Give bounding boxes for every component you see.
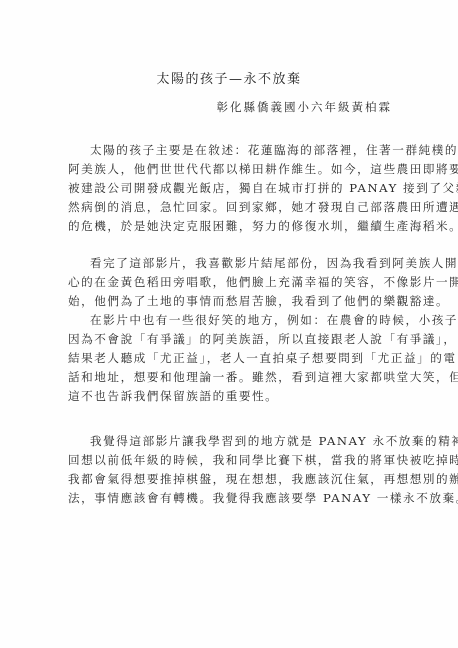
text-line: 被建設公司開發成觀光飯店，獨自在城市打拼的 PANAY 接到了父親突: [68, 179, 393, 198]
text-line: 在影片中也有一些很好笑的地方，例如：在農會的時候，小孩子: [68, 311, 393, 330]
text-line: 話和地址，想要和他理論一番。雖然，看到這裡大家都哄堂大笑，但: [68, 368, 393, 387]
text-line: 始，他們為了土地的事情而愁眉苦臉，我看到了他們的樂觀豁達。: [68, 292, 393, 311]
text-line: 結果老人聽成「尤正益」，老人一直拍桌子想要問到「尤正益」的電: [68, 349, 393, 368]
document-title: 太陽的孩子—永不放棄: [0, 68, 458, 87]
text-line: 的危機，於是她決定克服困難，努力的修復水圳，繼續生產海稻米。: [68, 217, 393, 236]
paragraph-1: 太陽的孩子主要是在敘述：花蓮臨海的部落裡，住著一群純樸的 阿美族人，他們世世代代…: [68, 141, 393, 236]
paragraph-3: 在影片中也有一些很好笑的地方，例如：在農會的時候，小孩子 因為不會說「有爭議」的…: [68, 311, 393, 406]
text-line: 我都會氣得想要推掉棋盤，現在想想，我應該沉住氣，再想想別的辦: [68, 470, 393, 489]
document-page: 太陽的孩子—永不放棄 彰化縣僑義國小六年級黃柏霖 太陽的孩子主要是在敘述：花蓮臨…: [0, 0, 458, 648]
document-body: 太陽的孩子主要是在敘述：花蓮臨海的部落裡，住著一群純樸的 阿美族人，他們世世代代…: [68, 141, 393, 526]
text-line: 法，事情應該會有轉機。我覺得我應該要學 PANAY 一樣永不放棄。: [68, 489, 393, 508]
author-line: 彰化縣僑義國小六年級黃柏霖: [217, 99, 393, 115]
paragraph-4: 我覺得這部影片讓我學習到的地方就是 PANAY 永不放棄的精神。 回想以前低年級…: [68, 432, 393, 508]
text-line: 這不也告訴我們保留族語的重要性。: [68, 387, 393, 406]
paragraph-2: 看完了這部影片，我喜歡影片結尾部份，因為我看到阿美族人開 心的在金黃色稻田旁唱歌…: [68, 254, 393, 311]
text-line: 太陽的孩子主要是在敘述：花蓮臨海的部落裡，住著一群純樸的: [68, 141, 393, 160]
text-line: 我覺得這部影片讓我學習到的地方就是 PANAY 永不放棄的精神。: [68, 432, 393, 451]
text-line: 看完了這部影片，我喜歡影片結尾部份，因為我看到阿美族人開: [68, 254, 393, 273]
text-line: 因為不會說「有爭議」的阿美族語，所以直接跟老人說「有爭議」，: [68, 330, 393, 349]
text-line: 回想以前低年級的時候，我和同學比賽下棋，當我的將軍快被吃掉時，: [68, 451, 393, 470]
text-line: 然病倒的消息，急忙回家。回到家鄉，她才發現自己部落農田所遭遇: [68, 198, 393, 217]
text-line: 心的在金黃色稻田旁唱歌，他們臉上充滿幸福的笑容，不像影片一開: [68, 273, 393, 292]
text-line: 阿美族人，他們世世代代都以梯田耕作維生。如今，這些農田即將要: [68, 160, 393, 179]
